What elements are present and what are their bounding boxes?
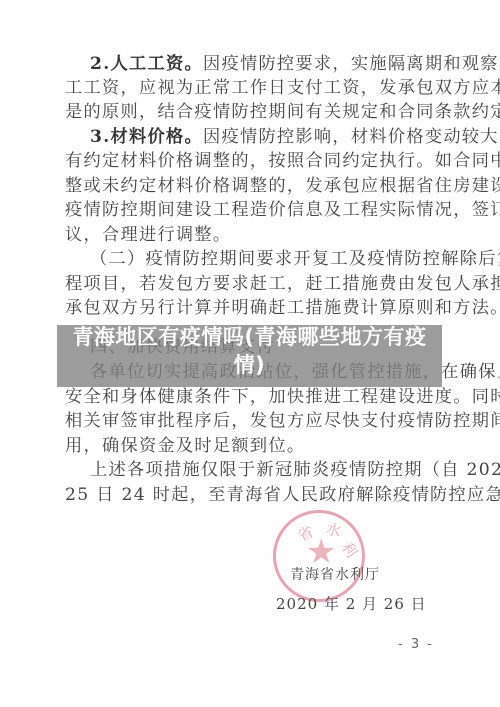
seal-char-3: 利 <box>337 537 363 561</box>
paragraph-resumption-line-2: 程项目，若发包方要求赶工，赶工措施费由发包人承担，须由发 <box>65 274 437 294</box>
paragraph-material-line-4: 疫情防控期间建设工程造价信息及工程实际情况，签订补充协 <box>65 200 437 220</box>
page-number: - 3 - <box>398 637 434 652</box>
paragraph-resumption-line-3: 承包双方另行计算并明确赶工措施费计算原则和方法。 <box>65 298 437 318</box>
paragraph-labor-line-3: 是的原则，结合疫情防控期间有关规定和合同条款约定协商解决。 <box>65 102 437 122</box>
paragraph-material-line-5: 议，合理进行调整。 <box>65 225 437 245</box>
overlay-title: 青海地区有疫情吗(青海哪些地方有疫 情) <box>57 323 442 379</box>
paragraph-scope-line-1: 上述各项措施仅限于新冠肺炎疫情防控期（自 2020 年 1 月 <box>90 460 437 480</box>
paragraph-labor-line-1: 2.人工工资。因疫情防控要求，实施隔离期和观察期间的人 <box>90 54 437 74</box>
paragraph-payment-line-4: 用，确保资金及时足额到位。 <box>65 436 437 456</box>
overlay-title-line-1: 青海地区有疫情吗(青海哪些地方有疫 <box>57 323 442 351</box>
paragraph-labor-line-2: 工工资，应视为正常工作日支付工资，发承包双方应本着实事求 <box>65 78 437 98</box>
signing-date: 2020 年 2 月 26 日 <box>276 593 427 614</box>
paragraph-resumption-line-1: （二）疫情防控期间要求开复工及疫情防控解除后复工的工 <box>90 249 437 269</box>
heading-material-price: 3.材料价格。 <box>90 127 203 147</box>
paragraph-payment-line-2: 安全和身体健康条件下，加快推进工程建设进度。同时，在履行 <box>65 387 437 407</box>
signer-organization: 青海省水利厅 <box>290 564 380 584</box>
heading-labor-wages: 2.人工工资。 <box>90 54 203 74</box>
paragraph-material-line-1: 3.材料价格。因疫情防控影响，材料价格变动较大，合同中 <box>90 127 437 147</box>
official-seal: 省 水 利 ★ <box>273 510 365 602</box>
paragraph-material-line-2: 有约定材料价格调整的，按照合同约定执行。如合同中约定不调 <box>65 151 437 171</box>
paragraph-material-line-3: 整或未约定材料价格调整的，发承包应根据省住房建设部门发布 <box>65 176 437 196</box>
paragraph-scope-line-2: 25 日 24 时起，至青海省人民政府解除疫情防控应急响应之日截止）。 <box>65 485 437 505</box>
overlay-title-line-2: 情) <box>57 351 442 379</box>
paragraph-payment-line-3: 相关审签审批程序后，发包方应尽快支付疫情防控期间各项费 <box>65 411 437 431</box>
